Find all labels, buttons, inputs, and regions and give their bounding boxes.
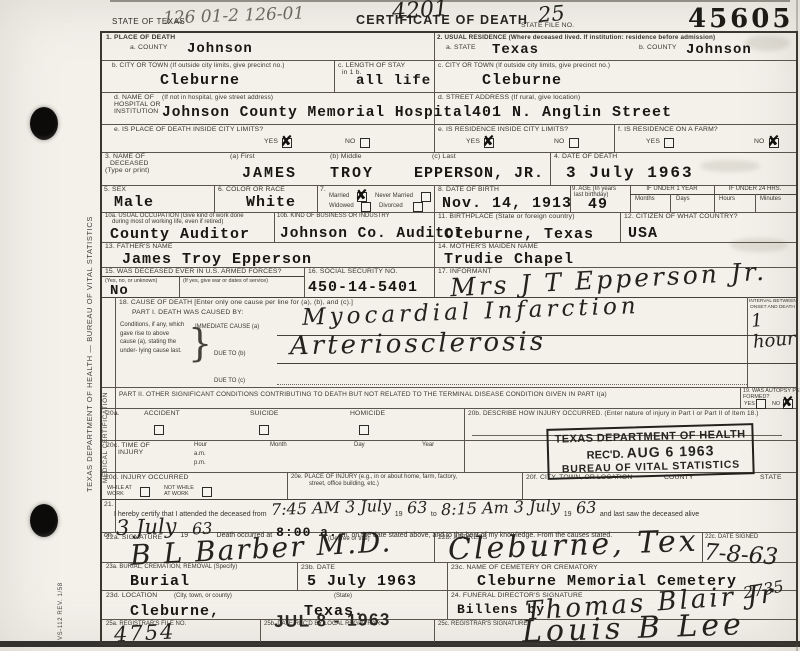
state-file-number: 45605 [688, 4, 793, 34]
scan-edge-top [110, 0, 790, 2]
death-limits-label: e. IS PLACE OF DEATH INSIDE CITY LIMITS? [114, 126, 263, 134]
day-label: Day [354, 442, 365, 449]
hospital-label3: INSTITUTION [114, 108, 158, 116]
manner-cell: 20a. ACCIDENT SUICIDE HOMICIDE [102, 408, 465, 441]
divorced-label: Divorced [379, 203, 403, 210]
conditions-note: Conditions, if any, which gave rise to a… [120, 321, 186, 356]
death-limits-no-checkbox [360, 138, 370, 148]
registrar-signature-cell: 25c. REGISTRAR'S SIGNATURE Louis B Lee [434, 619, 796, 642]
death-county-value: Johnson [187, 41, 253, 57]
middle-name-value: TROY [330, 165, 374, 182]
date-of-birth-cell: 8. DATE OF BIRTH Nov. 14, 1913 [434, 185, 571, 213]
residence-city-label: c. CITY OR TOWN (If outside city limits,… [438, 62, 610, 70]
am-label: a.m. [194, 451, 206, 458]
industry-label: 10b. KIND OF BUSINESS OR INDUSTRY [277, 213, 390, 220]
farm-no-checkbox [769, 138, 779, 148]
punch-hole-bottom [30, 504, 58, 537]
handwritten-4201: 4201 [391, 0, 449, 25]
citizen-cell: 12. CITIZEN OF WHAT COUNTRY? USA [620, 212, 796, 243]
citizen-label: 12. CITIZEN OF WHAT COUNTRY? [624, 213, 738, 221]
residence-state-label: a. STATE [446, 44, 476, 52]
location-city-value: Cleburne, [130, 603, 220, 620]
hospital-note: (If not in hospital, give street address… [162, 94, 273, 102]
first-name-value: JAMES [242, 165, 297, 182]
interval-a-handwriting: 1 hour [750, 307, 797, 353]
sex-value: Male [114, 194, 154, 211]
stay-value: all life [356, 73, 431, 89]
marital-label: 7. [320, 186, 326, 194]
death-limits-yes-checkbox [282, 138, 292, 148]
location-sub1: (City, town, or county) [174, 593, 232, 600]
registrar-file-handwriting: 4754 [113, 619, 176, 646]
punch-hole-top [30, 107, 58, 140]
street-label: d. STREET ADDRESS (If rural, give locati… [438, 94, 580, 102]
length-of-stay-cell: c. LENGTH OF STAY in 1 b. all life [334, 60, 435, 93]
physician-address-cell: 22b. ADDRESS Cleburne, Tex [434, 532, 703, 563]
armed-forces-row: 15. WAS DECEASED EVER IN U.S. ARMED FORC… [102, 267, 796, 298]
place-of-death-title: 1. PLACE OF DEATH [106, 34, 175, 42]
injury-occurred-cell: 20d. INJURY OCCURRED WHILE AT WORK NOT W… [102, 472, 288, 500]
stamp-recd: REC'D. [587, 449, 624, 462]
burial-date-cell: 23b. DATE 5 July 1963 [297, 562, 448, 591]
residence-city-value: Cleburne [482, 72, 562, 89]
death-limits-cell: e. IS PLACE OF DEATH INSIDE CITY LIMITS?… [102, 124, 435, 153]
not-while-label2: AT WORK [164, 491, 189, 497]
widowed-label: Widowed [329, 203, 354, 210]
farm-yes-checkbox [664, 138, 674, 148]
occupation-cell: 10a. USUAL OCCUPATION (Give kind of work… [102, 212, 275, 243]
yes-label: YES [646, 138, 660, 146]
part2-label: PART II. OTHER SIGNIFICANT CONDITIONS CO… [119, 391, 607, 399]
race-value: White [246, 194, 296, 211]
cause-of-death-cell: 18. CAUSE OF DEATH [Enter only one cause… [102, 297, 796, 388]
under-1-year-cell: IF UNDER 1 YEAR Months Days [630, 185, 715, 213]
cert-year1: 19 [395, 511, 403, 518]
form-code-vertical-label: VS-112 REV. 1/58 [58, 582, 64, 640]
cert-hw-from: 7:45 AM 3 July [270, 496, 391, 519]
date-signed-cell: 22c. DATE SIGNED 7-8-63 [702, 532, 796, 563]
hour-label: Hour [194, 442, 207, 449]
occupation-value: County Auditor [110, 226, 250, 243]
time-of-injury-cell: 20c. TIME OF INJURY Hour a.m. p.m. Month… [102, 440, 465, 473]
no-label: NO [772, 401, 780, 407]
date-of-birth-value: Nov. 14, 1913 [442, 195, 572, 212]
residence-city-cell: c. CITY OR TOWN (If outside city limits,… [434, 60, 796, 93]
injury-state-label: STATE [760, 474, 782, 482]
armed-forces-sub2: (If yes, give war or dates of service) [183, 278, 293, 284]
age-value: 49 [588, 196, 608, 213]
under-1-year-label: IF UNDER 1 YEAR [630, 186, 714, 193]
interval-header: INTERVAL BETWEEN [749, 299, 797, 304]
handwritten-25: 25 [537, 1, 566, 27]
residence-limits-yes-checkbox [484, 138, 494, 148]
agency-vertical-label: TEXAS DEPARTMENT OF HEALTH — BUREAU OF V… [85, 216, 94, 492]
cause-b-handwriting: Arteriosclerosis [290, 327, 547, 361]
date-signed-handwriting: 7-8-63 [703, 539, 779, 570]
father-value: James Troy Epperson [122, 251, 312, 268]
registrar-file-cell: 25a. REGISTRAR'S FILE NO. 4754 [102, 619, 261, 642]
accident-label: ACCIDENT [144, 410, 180, 418]
physician-address-handwriting: Cleburne, Tex [447, 524, 699, 568]
birthplace-label: 11. BIRTHPLACE (State or foreign country… [438, 213, 575, 221]
marital-cell: 7. Married Never Married Widowed Divorce… [317, 185, 435, 213]
residence-state-value: Texas [492, 42, 539, 58]
race-cell: 6. COLOR OR RACE White [214, 185, 318, 213]
homicide-checkbox [359, 425, 369, 435]
date-of-death-value: 3 July 1963 [566, 164, 694, 182]
burial-value: Burial [130, 573, 190, 590]
age-cell: 9. AGE (In years last birthday) 49 [570, 185, 631, 213]
stamp-date: AUG 6 1963 [626, 442, 714, 460]
not-while-checkbox [202, 487, 212, 497]
date-received-cell: 25b. DATE REC'D BY LOCAL REGISTRAR JUL 8… [260, 619, 435, 642]
industry-cell: 10b. KIND OF BUSINESS OR INDUSTRY Johnso… [274, 212, 435, 243]
birthplace-value: Cleburne, Texas [444, 226, 594, 243]
first-name-label: (a) First [230, 153, 255, 161]
hours-label: Hours [719, 196, 735, 203]
part2-row: PART II. OTHER SIGNIFICANT CONDITIONS CO… [102, 387, 796, 409]
no-label: NO [754, 138, 765, 146]
cert-year2: 19 [564, 511, 572, 518]
injury-occurred-label: 20d. INJURY OCCURRED [105, 474, 189, 482]
ssn-label: 16. SOCIAL SECURITY NO. [308, 268, 398, 276]
last-name-label: (c) Last [432, 153, 456, 161]
date-of-death-cell: 4. DATE OF DEATH 3 July 1963 [550, 152, 796, 186]
accident-checkbox [154, 425, 164, 435]
cert-text-2: to [431, 511, 437, 518]
residence-county-label: b. COUNTY [639, 44, 677, 52]
minutes-label: Minutes [760, 196, 781, 203]
farm-cell: f. IS RESIDENCE ON A FARM? YES NO [614, 124, 796, 153]
farm-label: f. IS RESIDENCE ON A FARM? [618, 126, 718, 134]
while-at-work-checkbox [140, 487, 150, 497]
death-city-value: Cleburne [160, 72, 240, 89]
father-cell: 13. FATHER'S NAME James Troy Epperson [102, 242, 435, 268]
never-married-checkbox [421, 192, 431, 202]
name-cell: 3. NAME OF DECEASED (Type or print) (a) … [102, 152, 551, 186]
county-label: a. COUNTY [130, 44, 168, 52]
hospital-cell: d. NAME OF HOSPITAL OR INSTITUTION (If n… [102, 92, 435, 125]
days-label: Days [676, 196, 690, 203]
certification-number: 21. [104, 501, 114, 509]
yes-label: YES [264, 138, 278, 146]
divorced-checkbox [413, 202, 423, 212]
due-to-b-label: DUE TO (b) [214, 351, 245, 358]
months-label: Months [635, 196, 655, 203]
residence-county-value: Johnson [686, 42, 752, 58]
residence-limits-cell: e. IS RESIDENCE INSIDE CITY LIMITS? YES … [434, 124, 615, 153]
place-of-injury-cell: 20e. PLACE OF INJURY (e.g., in or about … [287, 472, 523, 500]
certificate-form: 1. PLACE OF DEATH a. COUNTY Johnson 2. U… [100, 31, 798, 645]
usual-residence-title: 2. USUAL RESIDENCE (Where deceased lived… [437, 34, 715, 42]
location-sub2: (State) [334, 593, 352, 600]
married-checkbox [357, 192, 367, 202]
date-of-death-label: 4. DATE OF DEATH [554, 153, 617, 161]
widowed-checkbox [361, 202, 371, 212]
registrar-signature: Louis B Lee [521, 607, 745, 650]
part1-label: PART I. DEATH WAS CAUSED BY: [132, 309, 243, 317]
usual-residence-cell: 2. USUAL RESIDENCE (Where deceased lived… [434, 33, 796, 61]
name-label3: (Type or print) [105, 167, 150, 175]
death-certificate-scan: TEXAS DEPARTMENT OF HEALTH — BUREAU OF V… [0, 0, 800, 651]
location-label: 23d. LOCATION [106, 592, 157, 600]
residence-limits-no-checkbox [569, 138, 579, 148]
pm-label: p.m. [194, 460, 206, 467]
sex-cell: 5. SEX Male [102, 185, 215, 213]
manner-label: 20a. [106, 410, 120, 418]
last-name-value: EPPERSON, JR. [414, 165, 544, 182]
residence-limits-label: e. IS RESIDENCE INSIDE CITY LIMITS? [438, 126, 568, 134]
place-of-death-cell: 1. PLACE OF DEATH a. COUNTY Johnson [102, 33, 435, 61]
cert-text-3: and last saw the deceased alive [600, 511, 699, 518]
homicide-label: HOMICIDE [350, 410, 385, 418]
married-label: Married [329, 193, 349, 200]
birthplace-cell: 11. BIRTHPLACE (State or foreign country… [434, 212, 621, 243]
month-label: Month [270, 442, 287, 449]
cert-text-4: on [104, 532, 112, 539]
place-of-injury-label2: street, office building, etc.) [309, 481, 379, 488]
middle-name-label: (b) Middle [330, 153, 362, 161]
suicide-checkbox [259, 425, 269, 435]
under-24-hrs-label: IF UNDER 24 HRS. [714, 186, 796, 193]
burial-date-label: 23b. DATE [301, 564, 335, 572]
year-label: Year [422, 442, 434, 449]
ssn-value: 450-14-5401 [308, 279, 418, 296]
death-city-cell: b. CITY OR TOWN (If outside city limits,… [102, 60, 335, 93]
how-injury-label: 20b. DESCRIBE HOW INJURY OCCURRED. (Ente… [468, 410, 759, 418]
time-injury-label2: INJURY [118, 449, 143, 457]
hospital-value: Johnson County Memorial Hospital [162, 105, 472, 121]
death-city-label: b. CITY OR TOWN (If outside city limits,… [112, 62, 285, 70]
due-to-c-label: DUE TO (c) [214, 378, 245, 385]
citizen-value: USA [628, 225, 658, 242]
handwritten-code: 126 01-2 126-01 [163, 4, 305, 29]
registrar-signature-label: 25c. REGISTRAR'S SIGNATURE [438, 621, 527, 628]
under-24-hrs-cell: IF UNDER 24 HRS. Hours Minutes [714, 185, 796, 213]
received-stamp: TEXAS DEPARTMENT OF HEALTH REC'D. AUG 6 … [546, 423, 754, 480]
cert-hw-year1: 63 [406, 498, 427, 518]
brace-glyph: } [188, 321, 212, 365]
mother-value: Trudie Chapel [444, 251, 574, 268]
yes-label: YES [466, 138, 480, 146]
suicide-label: SUICIDE [250, 410, 279, 418]
never-married-label: Never Married [375, 193, 413, 200]
cert-hw-to: 8:15 Am 3 July [440, 496, 560, 519]
yes-label: YES [744, 401, 755, 407]
street-value: 401 N. Anglin Street [472, 104, 672, 121]
date-received-stamp: JUL 8 - 1963 [274, 610, 391, 632]
date-of-birth-label: 8. DATE OF BIRTH [438, 186, 499, 194]
cert-hw-year2: 63 [575, 498, 596, 518]
no-label: NO [345, 138, 356, 146]
street-cell: d. STREET ADDRESS (If rural, give locati… [434, 92, 796, 125]
no-label: NO [554, 138, 565, 146]
burial-date-value: 5 July 1963 [307, 573, 417, 590]
while-at-work-label2: WORK [107, 491, 124, 497]
